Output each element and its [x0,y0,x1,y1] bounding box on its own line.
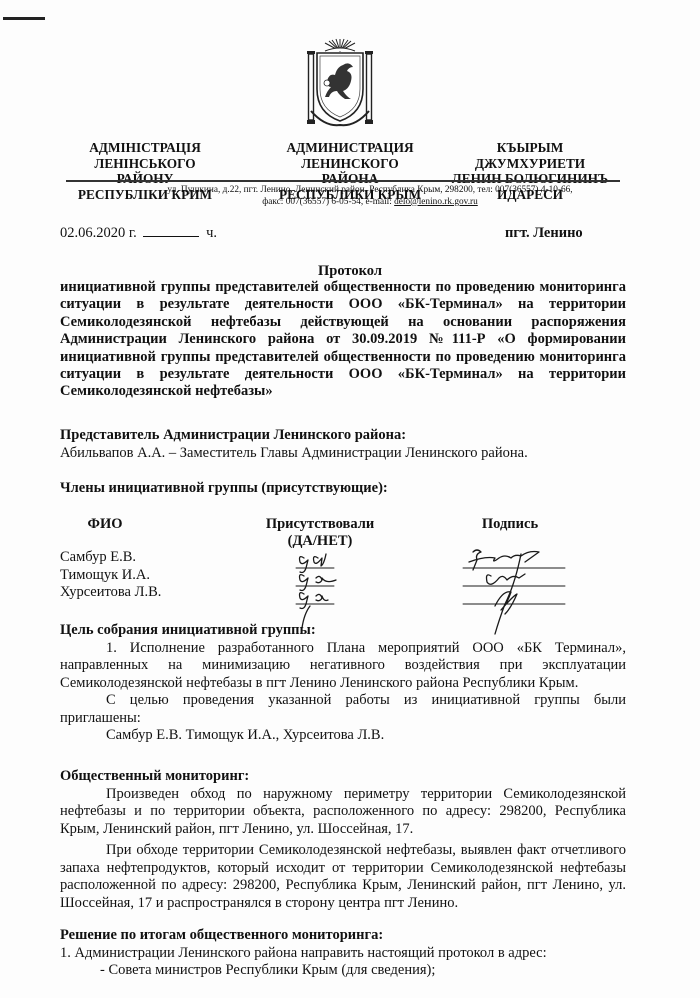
letterhead-line: ДЖУМХУРИЕТИ [440,156,620,172]
invited-text: С целью проведения указанной работы из и… [60,692,626,727]
letterhead-divider [66,180,620,182]
representative-section: Представитель Администрации Ленинского р… [60,427,626,462]
member-name: Самбур Е.В. [60,549,161,567]
document-subtitle: инициативной группы представителей общес… [60,279,626,401]
monitoring-section: Общественный мониторинг: Произведен обхо… [60,768,626,912]
decision-heading: Решение по итогам общественного монитори… [60,927,626,945]
hour-suffix: ч. [206,225,217,241]
representative-heading: Представитель Администрации Ленинского р… [60,427,626,445]
letterhead-line: ЛЕНИНСКОГО [265,156,435,172]
monitoring-paragraph: При обходе территории Семиколодезянской … [60,842,626,912]
hour-blank [143,225,199,237]
scan-mark [3,17,45,20]
invited-names: Самбур Е.В. Тимощук И.А., Хурсеитова Л.В… [60,727,626,745]
handwritten-presence-marks [290,548,350,630]
document-place: пгт. Ленино [505,225,583,242]
members-list: Самбур Е.В. Тимощук И.А. Хурсеитова Л.В. [60,549,161,602]
address-line: ул. Пушкина, д.22, пгт. Ленино, Ленински… [120,185,620,197]
column-header-signature: Подпись [460,516,560,533]
monitoring-heading: Общественный мониторинг: [60,768,626,786]
fax-email-line: факс: 007(36557) 6-05-54, e-mail: delo@l… [120,197,620,209]
member-name: Тимощук И.А. [60,567,161,585]
decision-item: 1. Администрации Ленинского района напра… [60,945,626,963]
letterhead-line: АДМІНІСТРАЦІЯ [60,140,230,156]
coat-of-arms-icon [305,37,375,129]
letterhead-line: КЪЫРЫМ [440,140,620,156]
document-page: АДМІНІСТРАЦІЯ ЛЕНІНСЬКОГО РАЙОНУ РЕСПУБЛ… [0,0,700,998]
column-header-present: Присутствовали (ДА/НЕТ) [250,516,390,550]
monitoring-paragraph: Произведен обход по наружному периметру … [60,786,626,839]
letterhead-line: АДМИНИСТРАЦИЯ [265,140,435,156]
email-link[interactable]: delo@lenino.rk.gov.ru [394,197,478,207]
fax-text: факс: 007(36557) 6-05-54, e-mail: [262,197,394,207]
column-header-fio: ФИО [60,516,150,533]
contact-info: ул. Пушкина, д.22, пгт. Ленино, Ленински… [120,185,620,208]
date-line: 02.06.2020 г. ч. [60,225,217,242]
goal-section: Цель собрания инициативной группы: 1. Ис… [60,622,626,745]
decision-section: Решение по итогам общественного монитори… [60,927,626,980]
representative-text: Абильвапов А.А. – Заместитель Главы Адми… [60,445,626,463]
document-title: Протокол [0,263,700,280]
document-date: 02.06.2020 г. [60,225,137,241]
member-name: Хурсеитова Л.В. [60,584,161,602]
goal-heading: Цель собрания инициативной группы: [60,622,626,640]
goal-item: 1. Исполнение разработанного Плана мероп… [60,640,626,693]
letterhead-line: ЛЕНІНСЬКОГО [60,156,230,172]
decision-subitem: - Совета министров Республики Крым (для … [60,962,626,980]
members-heading: Члены инициативной группы (присутствующи… [60,480,626,498]
